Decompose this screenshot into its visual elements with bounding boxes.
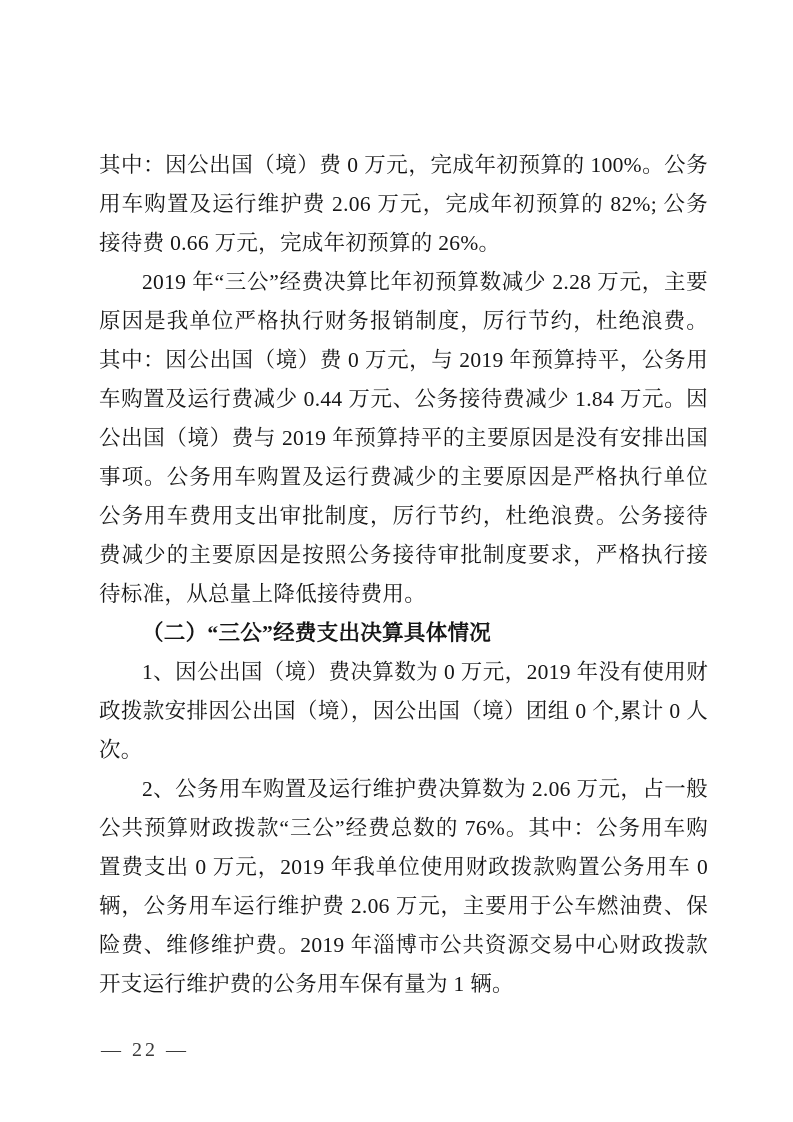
paragraph: 2、公务用车购置及运行维护费决算数为 2.06 万元，占一般公共预算财政拨款“三…: [99, 770, 708, 1004]
document-body: 其中：因公出国（境）费 0 万元，完成年初预算的 100%。公务用车购置及运行维…: [99, 146, 708, 1004]
document-page: 其中：因公出国（境）费 0 万元，完成年初预算的 100%。公务用车购置及运行维…: [0, 0, 793, 1122]
page-number: — 22 —: [101, 1035, 189, 1065]
section-heading: （二）“三公”经费支出决算具体情况: [99, 614, 708, 653]
paragraph: 其中：因公出国（境）费 0 万元，完成年初预算的 100%。公务用车购置及运行维…: [99, 146, 708, 263]
paragraph: 1、因公出国（境）费决算数为 0 万元，2019 年没有使用财政拨款安排因公出国…: [99, 653, 708, 770]
paragraph: 2019 年“三公”经费决算比年初预算数减少 2.28 万元，主要原因是我单位严…: [99, 263, 708, 614]
